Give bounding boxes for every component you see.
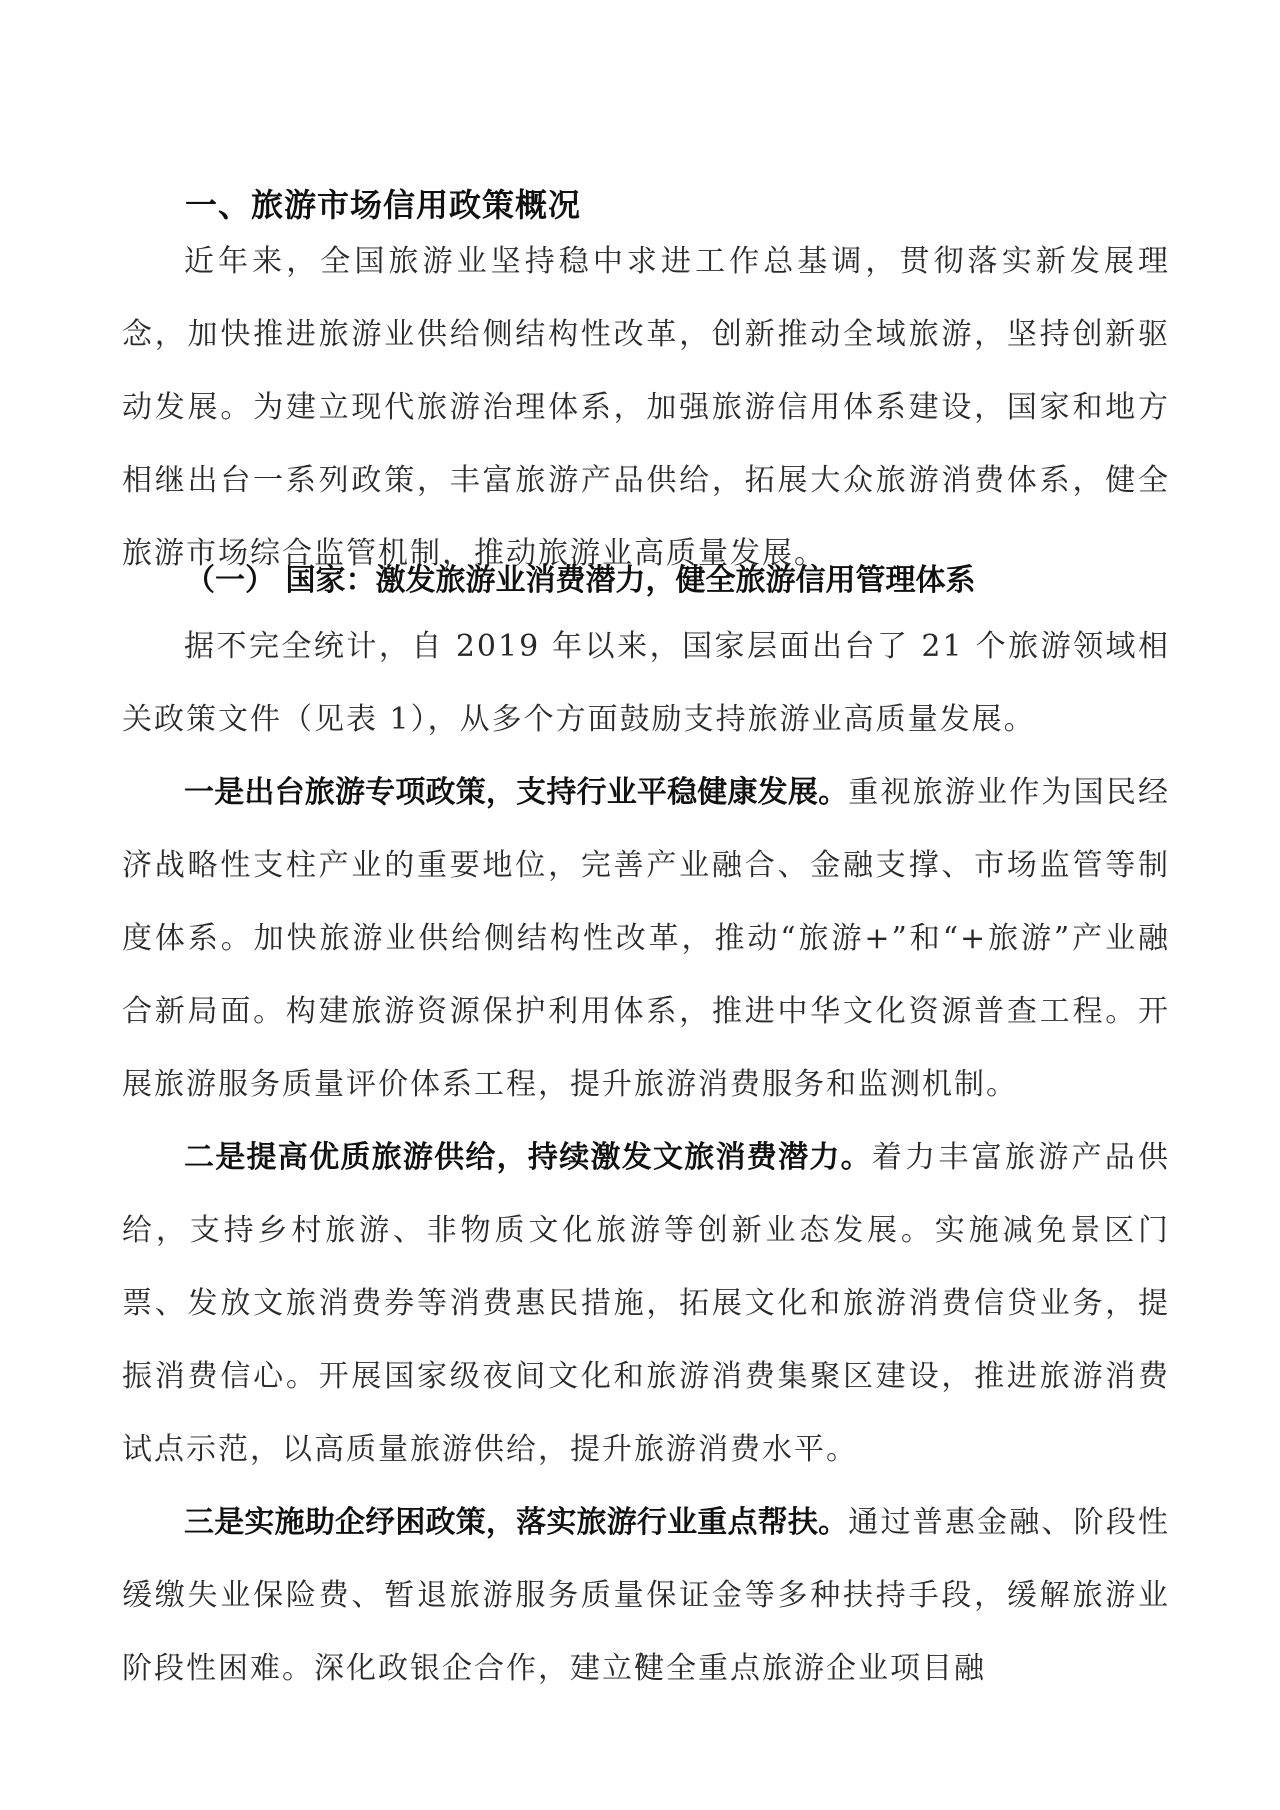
point-body-1: 重视旅游业作为国民经济战略性支柱产业的重要地位，完善产业融合、金融支撑、市场监管… — [122, 775, 1170, 1102]
point-lead-3: 三是实施助企纾困政策，落实旅游行业重点帮扶。 — [184, 1505, 848, 1540]
intro-block: 近年来，全国旅游业坚持稳中求进工作总基调，贯彻落实新发展理念，加快推进旅游业供给… — [122, 225, 1170, 590]
intro-paragraph: 近年来，全国旅游业坚持稳中求进工作总基调，贯彻落实新发展理念，加快推进旅游业供给… — [122, 225, 1170, 590]
stats-paragraph: 据不完全统计，自 2019 年以来，国家层面出台了 21 个旅游领域相关政策文件… — [122, 610, 1170, 756]
section-heading: 一、旅游市场信用政策概况 — [185, 180, 581, 226]
point-body-2: 着力丰富旅游产品供给，支持乡村旅游、非物质文化旅游等创新业态发展。实施减免景区门… — [122, 1140, 1170, 1467]
page-number: 2 — [0, 1648, 1280, 1674]
subsection-heading: （一） 国家：激发旅游业消费潜力，健全旅游信用管理体系 — [185, 555, 975, 599]
body-block: 据不完全统计，自 2019 年以来，国家层面出台了 21 个旅游领域相关政策文件… — [122, 610, 1170, 1705]
document-page: 一、旅游市场信用政策概况 近年来，全国旅游业坚持稳中求进工作总基调，贯彻落实新发… — [0, 0, 1280, 1810]
point-lead-2: 二是提高优质旅游供给，持续激发文旅消费潜力。 — [184, 1140, 872, 1175]
point-lead-1: 一是出台旅游专项政策，支持行业平稳健康发展。 — [184, 775, 848, 810]
point-paragraph-1: 一是出台旅游专项政策，支持行业平稳健康发展。重视旅游业作为国民经济战略性支柱产业… — [122, 756, 1170, 1121]
point-paragraph-2: 二是提高优质旅游供给，持续激发文旅消费潜力。着力丰富旅游产品供给，支持乡村旅游、… — [122, 1121, 1170, 1486]
